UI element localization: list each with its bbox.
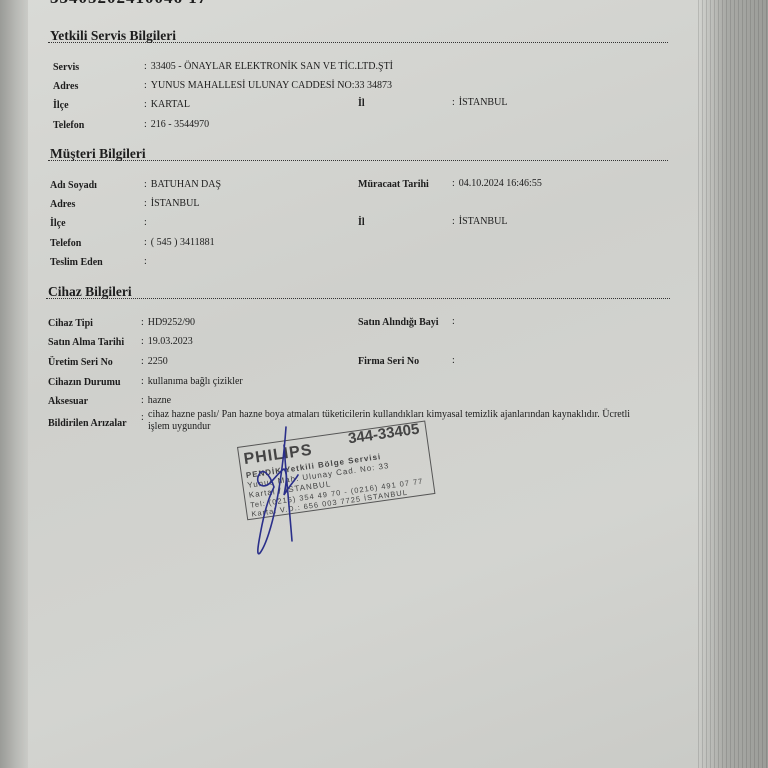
stamp-code: 344-33405 <box>347 421 420 448</box>
service-value: :33405 - ÖNAYLAR ELEKTRONİK SAN VE TİC.L… <box>144 61 393 72</box>
service-address-value: :YUNUS MAHALLESİ ULUNAY CADDESİ NO:33 34… <box>144 80 392 91</box>
service-phone-label: Telefon <box>53 120 84 131</box>
production-serial-label: Üretim Seri No <box>48 357 113 368</box>
delivered-by-value: : <box>144 256 151 267</box>
device-type-label: Cihaz Tipi <box>48 318 93 329</box>
company-serial-value: : <box>452 355 459 366</box>
service-form-page: 33405202410046 17 Yetkili Servis Bilgile… <box>28 0 700 768</box>
accessory-value: :hazne <box>141 395 171 406</box>
customer-address-label: Adres <box>50 199 75 210</box>
customer-district-value: : <box>144 217 151 228</box>
dealer-label: Satın Alındığı Bayi <box>358 317 439 328</box>
service-label: Servis <box>53 62 79 73</box>
device-type-value: :HD9252/90 <box>141 317 195 328</box>
section-divider <box>48 160 668 161</box>
section-divider <box>48 42 668 43</box>
customer-address-value: :İSTANBUL <box>144 198 199 209</box>
reported-faults-label: Bildirilen Arızalar <box>48 418 127 429</box>
delivered-by-label: Teslim Eden <box>50 257 103 268</box>
service-city-label: İl <box>358 98 365 109</box>
purchase-date-label: Satın Alma Tarihi <box>48 337 124 348</box>
reported-faults-line1: cihaz hazne paslı/ Pan hazne boya atmala… <box>148 409 630 420</box>
company-serial-label: Firma Seri No <box>358 356 419 367</box>
customer-city-value: :İSTANBUL <box>452 216 507 227</box>
document-number: 33405202410046 17 <box>50 0 207 8</box>
customer-district-label: İlçe <box>50 218 66 229</box>
application-date-label: Müracaat Tarihi <box>358 179 429 190</box>
accessory-label: Aksesuar <box>48 396 88 407</box>
reported-faults-colon: : <box>141 412 144 423</box>
service-city-value: :İSTANBUL <box>452 97 507 108</box>
application-date-value: :04.10.2024 16:46:55 <box>452 178 542 189</box>
customer-name-value: :BATUHAN DAŞ <box>144 179 221 190</box>
device-condition-label: Cihazın Durumu <box>48 377 121 388</box>
service-district-label: İlçe <box>53 100 69 111</box>
service-phone-value: :216 - 3544970 <box>144 119 209 130</box>
dealer-value: : <box>452 316 459 327</box>
paper-stack-edge <box>698 0 768 768</box>
reported-faults-line2: işlem uygundur <box>148 421 211 432</box>
device-condition-value: :kullanıma bağlı çizikler <box>141 376 243 387</box>
section-divider <box>46 298 670 299</box>
production-serial-value: :2250 <box>141 356 168 367</box>
signature <box>240 425 310 560</box>
service-district-value: :KARTAL <box>144 99 190 110</box>
customer-phone-value: :( 545 ) 3411881 <box>144 237 215 248</box>
scan-left-edge <box>0 0 28 768</box>
customer-name-label: Adı Soyadı <box>50 180 97 191</box>
purchase-date-value: :19.03.2023 <box>141 336 193 347</box>
customer-city-label: İl <box>358 217 365 228</box>
service-address-label: Adres <box>53 81 78 92</box>
customer-phone-label: Telefon <box>50 238 81 249</box>
